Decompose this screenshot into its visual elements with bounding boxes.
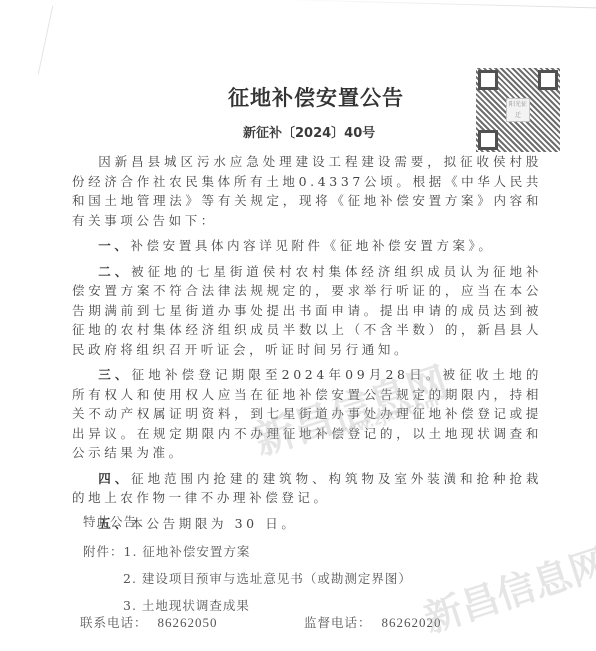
document-title: 征地补偿安置公告 [228,82,404,112]
item-number: 四、 [98,471,131,486]
intro-paragraph: 因新昌县城区污水应急处理建设工程建设需要，拟征收侯村股份经济合作社农民集体所有土… [72,152,542,230]
attachments-label: 附件： [83,544,124,559]
item-5: 五、本公告期限为 30 日。 [72,514,542,534]
item-text: 征地范围内抢建的建筑物、构筑物及室外装潢和抢种抢栽的地上农作物一律不办理补偿登记… [72,471,542,506]
attachment-2: 2. 建设项目预审与选址意见书（或勘测定界图） [123,569,412,587]
scan-artifact [38,6,54,75]
item-text: 本公告期限为 30 日。 [130,516,297,531]
item-number: 一、 [98,238,130,253]
document-page: 征地补偿安置公告 新征补〔2024〕40号 阳光征迁 因新昌县城区污水应急处理建… [0,0,596,651]
item-3: 三、征地补偿登记期限至2024年09月28日。被征收土地的所有权人和使用权人应当… [72,365,542,463]
contact-phone-number: 86262050 [158,615,218,630]
attachment-1: 附件：1. 征地补偿安置方案 [83,542,250,560]
item-text: 征地补偿登记期限至2024年09月28日。被征收土地的所有权人和使用权人应当在征… [72,367,542,460]
item-text: 补偿安置具体内容详见附件《征地补偿安置方案》。 [130,238,494,253]
contact-phone: 联系电话：86262050 [80,613,218,631]
supervision-phone-label: 监督电话： [304,615,372,630]
item-text: 被征地的七星街道侯村农村集体经济组织成员认为征地补偿安置方案不符合法律法规规定的… [72,264,542,357]
supervision-phone-number: 86262020 [382,615,442,630]
document-body: 因新昌县城区污水应急处理建设工程建设需要，拟征收侯村股份经济合作社农民集体所有土… [72,152,542,533]
attachment-item: 3. 土地现状调查成果 [123,598,250,613]
qr-center-label: 阳光征迁 [506,98,530,122]
closing-statement: 特此公告 [83,512,137,530]
contact-phone-label: 联系电话： [80,615,148,630]
attachment-item: 2. 建设项目预审与选址意见书（或勘测定界图） [123,571,412,586]
attachment-3: 3. 土地现状调查成果 [123,596,250,614]
qr-finder-pattern [478,130,498,150]
scan-artifact [260,0,596,8]
supervision-phone: 监督电话：86262020 [304,613,442,631]
item-number: 二、 [98,264,131,279]
item-4: 四、征地范围内抢建的建筑物、构筑物及室外装潢和抢种抢栽的地上农作物一律不办理补偿… [72,469,542,508]
document-number: 新征补〔2024〕40号 [243,122,375,141]
item-2: 二、被征地的七星街道侯村农村集体经济组织成员认为征地补偿安置方案不符合法律法规规… [72,262,542,360]
watermark-logo: 新昌信息网 [416,532,596,643]
item-1: 一、补偿安置具体内容详见附件《征地补偿安置方案》。 [72,236,542,256]
qr-code-icon[interactable]: 阳光征迁 [476,68,560,152]
item-number: 三、 [98,367,131,382]
attachment-item: 1. 征地补偿安置方案 [124,544,251,559]
